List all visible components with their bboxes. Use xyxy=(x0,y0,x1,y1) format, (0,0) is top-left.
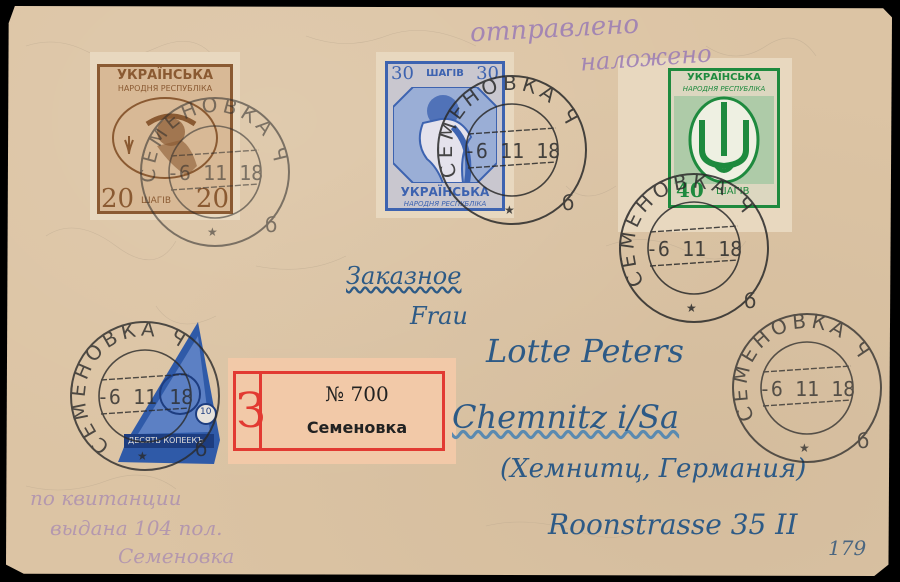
stamp-subheader: НАРОДНЯ РЕСПУБЛІКА xyxy=(97,84,233,93)
salutation: Frau xyxy=(410,302,468,330)
stamp-subfooter: НАРОДНЯ РЕСПУБЛІКА xyxy=(385,200,505,208)
stamp-value: 40 xyxy=(676,178,704,202)
stamp-bisect-10-kopeks: 10 ДЕСЯТЬ КОПЕЕКЪ xyxy=(118,322,220,464)
recipient-city-cyrillic: (Хемнитц, Германия) xyxy=(500,454,806,484)
stamp-blue-30-shahiv: 30 ШАГІВ 30 УКРАЇНСЬКА НАРОДНЯ РЕСПУБЛІК… xyxy=(385,61,505,211)
recipient-street: Roonstrasse 35 II xyxy=(548,508,797,541)
trident-icon xyxy=(674,96,774,184)
violet-bottom-line2: выдана 104 пол. xyxy=(50,516,223,540)
registration-place: Семеновка xyxy=(272,418,442,437)
stamp-brown-20-shahiv: УКРАЇНСЬКА НАРОДНЯ РЕСПУБЛІКА 20 ШАГІВ 2… xyxy=(97,64,233,214)
stamp-green-40-shahiv: УКРАЇНСЬКА НАРОДНЯ РЕСПУБЛІКА 40 ШАГІВ xyxy=(668,68,780,208)
violet-bottom-line1: по квитанции xyxy=(30,486,182,510)
registration-frame: З № 700 Семеновка xyxy=(233,371,445,451)
recipient-city: Chemnitz i/Sa xyxy=(452,398,679,436)
registration-number: № 700 xyxy=(272,382,442,406)
stamp-footer: УКРАЇНСЬКА xyxy=(385,185,505,199)
ukraine-head-icon xyxy=(393,87,497,183)
stamp-value: 10 xyxy=(200,407,211,417)
registration-label: З № 700 Семеновка xyxy=(228,358,456,464)
stamp-legend: ДЕСЯТЬ КОПЕЕКЪ xyxy=(128,436,204,445)
stamp-value-right: 20 xyxy=(196,184,229,214)
stamp-value-right: 30 xyxy=(476,63,499,84)
stamp-value-left: 20 xyxy=(101,184,134,214)
registered-marking: Заказное xyxy=(346,262,461,290)
stamp-header: УКРАЇНСЬКА xyxy=(668,72,780,83)
stamp-subheader: НАРОДНЯ РЕСПУБЛІКА xyxy=(668,85,780,93)
violet-bottom-line3: Семеновка xyxy=(118,544,234,568)
stamp-denomination: ШАГІВ xyxy=(716,186,749,197)
stamp-denomination: ШАГІВ xyxy=(141,196,171,206)
stamp-header: УКРАЇНСЬКА xyxy=(97,68,233,83)
recipient-name: Lotte Peters xyxy=(486,332,684,370)
lower-right-note: 179 xyxy=(828,536,866,560)
peasant-portrait-icon xyxy=(107,96,223,180)
registration-letter: З xyxy=(236,374,262,448)
